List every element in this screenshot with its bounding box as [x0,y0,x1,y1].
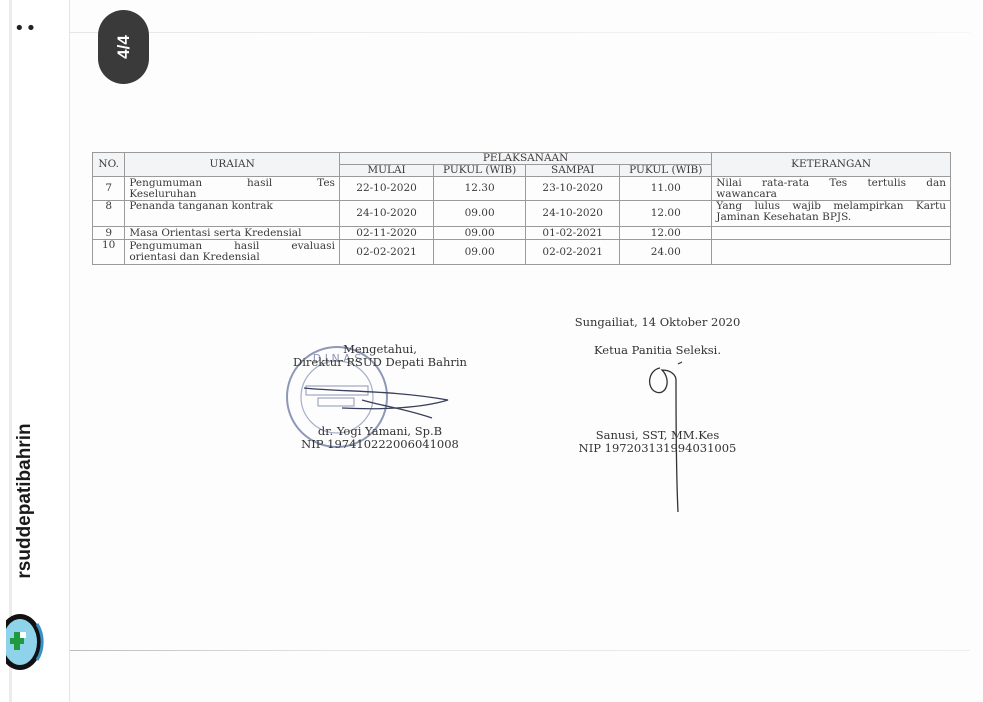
word: rata-rata [762,178,809,189]
word: Pengumuman [129,178,202,189]
cell-sampai: 02-02-2021 [526,240,620,265]
page-top-edge [70,32,970,33]
word: Tes [829,178,847,189]
cell-pukul-mulai: 09.00 [434,201,526,227]
place-date: Sungailiat, 14 Oktober 2020 [570,316,745,329]
header-sampai: SAMPAI [526,165,620,177]
cell-uraian-line2: Keseluruhan [129,189,335,200]
committee-signature-icon [640,360,690,520]
word: evaluasi [291,241,335,252]
cell-mulai: 22-10-2020 [339,177,433,201]
cell-mulai: 02-11-2020 [339,227,433,240]
word: hasil [247,178,272,189]
word: dan [926,178,946,189]
cell-pukul-sampai: 24.00 [620,240,712,265]
cell-keterangan-line2: wawancara [716,189,946,200]
cell-uraian: Pengumuman hasil Tes Keseluruhan [125,177,340,201]
profile-username[interactable]: rsuddepatibahrin [14,406,36,596]
header-uraian: URAIAN [125,153,340,177]
table-row: 9 Masa Orientasi serta Kredensial 02-11-… [93,227,951,240]
page-indicator-badge: 4/4 [98,10,149,84]
table-row: 8 Penanda tanganan kontrak 24-10-2020 09… [93,201,951,227]
cell-no: 10 [93,240,125,265]
cell-mulai: 02-02-2021 [339,240,433,265]
word: Tes [317,178,335,189]
word: Nilai [716,178,742,189]
director-signature-icon [302,378,452,428]
cell-pukul-sampai: 12.00 [620,227,712,240]
cell-uraian: Pengumuman hasil evaluasi orientasi dan … [125,240,340,265]
cell-sampai: 24-10-2020 [526,201,620,227]
word: tertulis [867,178,906,189]
cell-mulai: 24-10-2020 [339,201,433,227]
cell-keterangan: Yang lulus wajib melampirkan Kartu Jamin… [712,201,951,227]
cell-keterangan-line2: Jaminan Kesehatan BPJS. [716,212,946,223]
word: Kartu [916,201,946,212]
cell-no: 7 [93,177,125,201]
cell-pukul-mulai: 09.00 [434,240,526,265]
header-pelaksanaan: PELAKSANAAN [339,153,711,165]
header-keterangan: KETERANGAN [712,153,951,177]
document-page: 4/4 NO. URAIAN PELAKSANAAN KETERANGAN MU… [70,0,983,702]
director-title: Direktur RSUD Depati Bahrin [275,356,485,369]
cell-pukul-mulai: 12.30 [434,177,526,201]
cell-uraian: Penanda tanganan kontrak [125,201,340,227]
page-indicator-text: 4/4 [113,35,133,59]
committee-title: Ketua Panitia Seleksi. [570,344,745,357]
cell-pukul-sampai: 11.00 [620,177,712,201]
header-no: NO. [93,153,125,177]
cell-no: 8 [93,201,125,227]
page-bottom-edge [70,650,970,651]
more-dots-icon[interactable]: •• [14,24,37,34]
director-nip: NIP 197410222006041008 [275,438,485,451]
cell-no: 9 [93,227,125,240]
cell-keterangan [712,227,951,240]
cell-pukul-sampai: 12.00 [620,201,712,227]
cell-sampai: 01-02-2021 [526,227,620,240]
rail-edge-divider [9,0,12,702]
cell-keterangan: Nilai rata-rata Tes tertulis dan wawanca… [712,177,951,201]
profile-rail: •• rsuddepatibahrin [0,0,70,702]
schedule-table: NO. URAIAN PELAKSANAAN KETERANGAN MULAI … [92,152,951,265]
table-row: 10 Pengumuman hasil evaluasi orientasi d… [93,240,951,265]
cell-uraian: Masa Orientasi serta Kredensial [125,227,340,240]
hospital-logo-icon[interactable] [6,612,46,672]
cell-keterangan [712,240,951,265]
cell-sampai: 23-10-2020 [526,177,620,201]
header-pukul-mulai: PUKUL (WIB) [434,165,526,177]
cell-uraian-line2: orientasi dan Kredensial [129,252,335,263]
cell-pukul-mulai: 09.00 [434,227,526,240]
header-pukul-sampai: PUKUL (WIB) [620,165,712,177]
table-row: 7 Pengumuman hasil Tes Keseluruhan 22-10… [93,177,951,201]
header-mulai: MULAI [339,165,433,177]
